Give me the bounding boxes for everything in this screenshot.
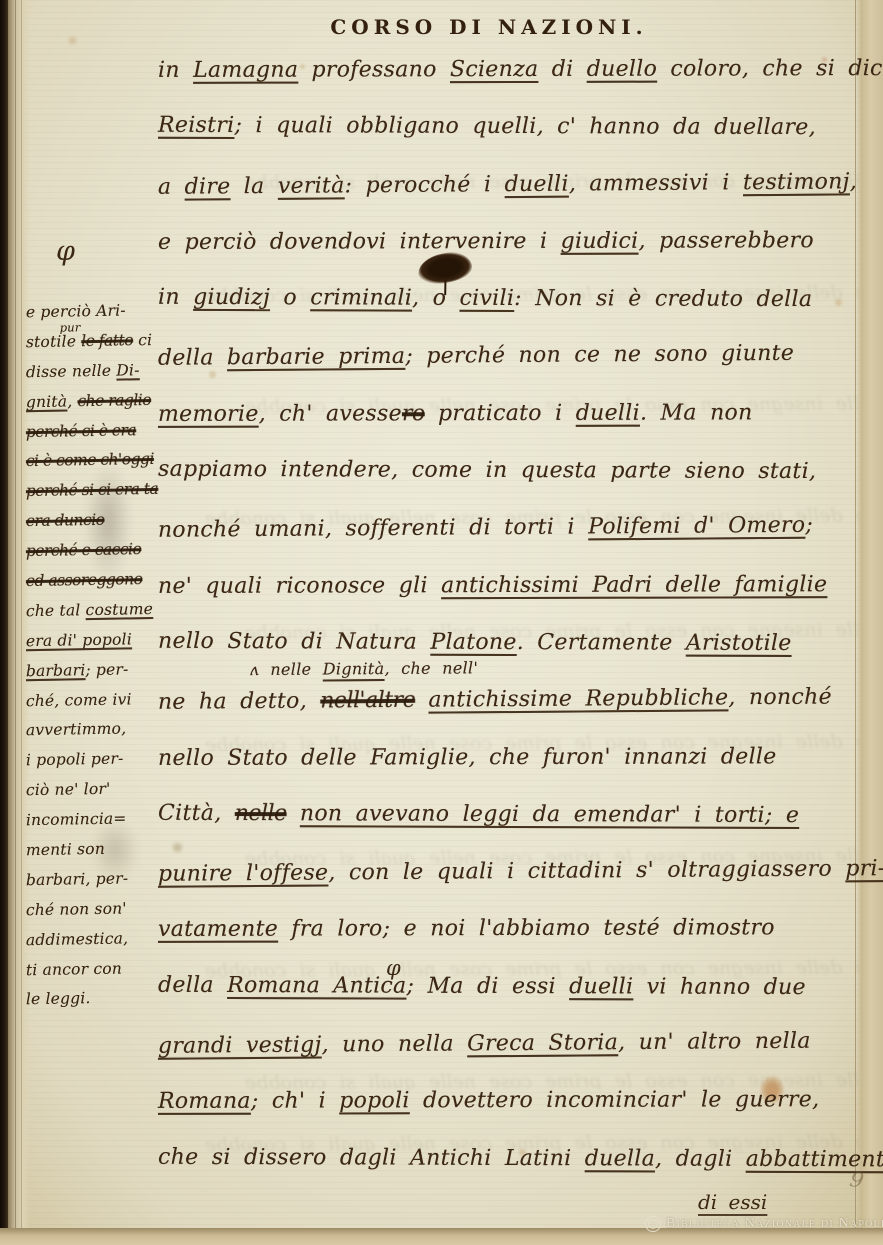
handwritten-text: praticato i <box>425 401 576 426</box>
handwritten-text: , ammessivi i <box>569 170 743 196</box>
margin-note-line: perché ci è era <box>26 421 165 453</box>
phi-reference-mark: φ <box>56 236 75 267</box>
underlined-text: duelli <box>505 171 569 197</box>
underlined-text: duelli <box>576 400 640 425</box>
handwritten-text: le leggi. <box>26 990 91 1009</box>
manuscript-line: Città, nelle non avevano leggi da emenda… <box>158 800 874 860</box>
manuscript-line: Reistri; i quali obbligano quelli, c' ha… <box>158 112 874 172</box>
handwritten-text: o <box>270 285 310 310</box>
manuscript-line: nonché umani, sofferenti di torti i Poli… <box>158 512 874 575</box>
handwritten-text: ; <box>805 513 813 538</box>
underlined-text: Aristotile <box>686 631 792 656</box>
margin-note-line: che tal costume <box>26 601 165 633</box>
handwritten-text: , nonché <box>728 685 832 711</box>
underlined-text: antichissimi Padri delle famiglie <box>441 572 827 598</box>
underlined-text: giudici <box>561 229 639 254</box>
struck-text: perché ci è era <box>26 421 137 441</box>
margin-note-line: era duncio <box>26 511 165 543</box>
underlined-text: punire l'offese <box>158 861 329 887</box>
margin-note-line: addimestica, <box>26 930 165 962</box>
manuscript-line: sappiamo intendere, come in questa parte… <box>158 456 874 516</box>
manuscript-line: in giudizj o criminali, o civili: Non si… <box>158 284 874 344</box>
underlined-text: Lamagna <box>193 58 298 83</box>
manuscript-line: nello Stato delle Famiglie, che furon' i… <box>158 743 874 802</box>
manuscript-line: della Romana Antica; Ma di essi duelli v… <box>158 972 874 1032</box>
margin-note-line: ed assoreggono <box>26 571 165 603</box>
underlined-text: antichissime Repubbliche <box>428 686 728 713</box>
handwritten-text: della <box>158 973 227 998</box>
manuscript-line: ne' quali riconosce gli antichissimi Pad… <box>158 571 874 630</box>
interline-insertion: ʌ nelle Dignità, che nell' <box>250 661 479 679</box>
underlined-text: Reistri <box>158 113 234 138</box>
handwritten-text: . Ma non <box>640 400 753 425</box>
handwritten-text: in <box>158 58 193 83</box>
handwritten-text: disse nelle <box>26 361 117 381</box>
handwritten-text: ne' quali riconosce gli <box>158 573 441 599</box>
underlined-text: Romana Antica <box>227 973 406 999</box>
library-watermark: Biblioteca Nazionale di Napoli <box>645 1216 883 1232</box>
handwritten-text <box>287 801 300 826</box>
handwritten-text: professano <box>298 57 450 82</box>
handwritten-text: che si dissero dagli Antichi Latini <box>158 1144 585 1170</box>
manuscript-body: in Lamagna professano Scienza di duello … <box>158 56 874 1202</box>
margin-note-line: era di' popoli <box>26 631 165 663</box>
underlined-text: duelli <box>569 974 633 999</box>
struck-text: perché e caccio <box>26 540 142 560</box>
struck-text: nell'altre <box>320 688 415 714</box>
manuscript-line: della barbarie prima; perché non ce ne s… <box>158 340 874 403</box>
handwritten-text: ; per- <box>85 660 128 679</box>
underlined-text: Scienza <box>450 57 539 82</box>
handwritten-text: ché non son' <box>26 899 127 919</box>
watermark-label: Biblioteca Nazionale di Napoli <box>666 1216 883 1232</box>
handwritten-text: nonché umani, sofferenti di torti i <box>158 515 588 543</box>
handwritten-text: in <box>158 285 193 310</box>
handwritten-text: ché, come ivi <box>26 690 132 710</box>
underlined-text: costume <box>85 600 153 619</box>
handwritten-text: , uno nella <box>322 1031 468 1057</box>
underlined-text: Platone <box>430 630 516 655</box>
handwritten-text: ciò ne' lor' <box>26 780 111 799</box>
underlined-text: popoli <box>339 1089 410 1114</box>
margin-note-line: menti son <box>26 840 165 872</box>
underlined-text: Polifemi d' Omero <box>588 513 805 540</box>
struck-text: che raglio <box>77 391 151 410</box>
binding-edge <box>0 0 8 1245</box>
margin-note-line: le leggi. <box>26 989 165 1021</box>
underlined-text: gnità <box>26 392 68 411</box>
underlined-text: vatamente <box>158 917 278 942</box>
underlined-text: criminali <box>310 285 412 310</box>
handwritten-text: dovettero incominciar' le guerre, <box>410 1088 820 1114</box>
handwritten-text: che tal <box>26 601 86 620</box>
handwritten-text: sappiamo intendere, come in questa parte… <box>158 457 816 484</box>
underlined-text: duello <box>587 57 657 82</box>
handwritten-text: i popoli per- <box>26 750 124 770</box>
handwritten-text: addimestica, <box>26 929 129 949</box>
handwritten-text: pur <box>60 320 81 334</box>
handwritten-text: nello Stato delle Famiglie, che furon' i… <box>158 744 777 771</box>
margin-note-line: disse nelle Di- <box>26 362 165 394</box>
underlined-text: duella <box>585 1146 655 1171</box>
library-seal-icon <box>645 1216 661 1232</box>
margin-note-line: stotile le fatto cipur <box>26 332 165 364</box>
handwritten-text: nelle <box>270 660 323 679</box>
margin-note-line: avvertimmo, <box>26 720 165 752</box>
margin-note-line: gnità, che raglio <box>26 391 165 423</box>
handwritten-text: e perciò dovendovi intervenire i <box>158 229 561 255</box>
margin-note-line: perché si ci era ta <box>26 481 165 513</box>
handwritten-text: , o <box>412 286 460 311</box>
struck-text: le fatto <box>81 331 133 350</box>
manuscript-page: im como delle insegne con esso le prime … <box>0 0 883 1245</box>
handwritten-text: stotile <box>26 332 82 351</box>
handwritten-text: , un' altro nella <box>618 1029 811 1056</box>
underlined-text: pri- <box>845 856 883 881</box>
underlined-text: Di- <box>116 361 140 379</box>
handwritten-text: Città, <box>158 801 235 826</box>
handwritten-text: menti son <box>26 840 105 859</box>
struck-text: ed assoreggono <box>26 570 143 590</box>
handwritten-text: barbari, per- <box>26 869 129 889</box>
handwritten-text: ; Ma di essi <box>406 973 569 999</box>
handwritten-text: . Certamente <box>517 630 686 656</box>
margin-note-line: e perciò Ari- <box>26 302 165 334</box>
struck-text: perché si ci era ta <box>26 480 159 500</box>
manuscript-line: in Lamagna professano Scienza di duello … <box>158 55 874 114</box>
handwritten-text: nello Stato di Natura <box>158 629 430 655</box>
underlined-text: non avevano leggi da emendar' i torti; e <box>300 801 799 828</box>
handwritten-text: ne ha detto, <box>158 689 321 715</box>
handwritten-text: fra loro; e noi l'abbiamo testé dimostro <box>278 916 775 942</box>
margin-note-line: barbari, per- <box>26 870 165 902</box>
margin-note-line: i popoli per- <box>26 750 165 782</box>
handwritten-text: ; i quali obbligano quelli, c' hanno da … <box>234 113 816 140</box>
margin-note-line: ti ancor con <box>26 959 165 991</box>
handwritten-text: , <box>67 392 78 410</box>
handwritten-text: : Non si è creduto della <box>514 286 812 312</box>
manuscript-line: e perciò dovendovi intervenire i giudici… <box>158 227 874 286</box>
underlined-text: memorie <box>158 401 259 426</box>
underlined-text: barbarie prima <box>227 344 405 370</box>
margin-note-line: incomincia= <box>26 810 165 842</box>
manuscript-line: Romana; ch' i popoli dovettero incominci… <box>158 1086 874 1145</box>
handwritten-text: , con le quali i cittadini s' oltraggias… <box>328 857 845 886</box>
underlined-text: Romana <box>158 1089 251 1114</box>
margin-note-line: perché e caccio <box>26 541 165 573</box>
margin-annotations: e perciò Ari-stotile le fatto cipurdisse… <box>26 303 164 1020</box>
catchword: di essi <box>698 1190 767 1214</box>
struck-text: nelle <box>235 801 287 826</box>
handwritten-text: , dagli <box>655 1146 746 1171</box>
handwritten-text: vi hanno due <box>633 974 806 1000</box>
manuscript-line: ne ha detto, nell'altre antichissime Rep… <box>158 683 874 746</box>
handwritten-text: incomincia= <box>26 810 127 830</box>
struck-text: ci è come ch'oggi <box>26 450 154 470</box>
manuscript-line: grandi vestigj, uno nella Greca Storia, … <box>158 1027 874 1090</box>
struck-text: ro <box>402 401 425 426</box>
margin-note-line: barbari; per- <box>26 660 165 692</box>
margin-note-line: ché non son' <box>26 900 165 932</box>
handwritten-text: di <box>538 57 586 82</box>
handwritten-text: ci <box>133 331 152 349</box>
underlined-text: dire <box>185 174 231 199</box>
underlined-text: Dignità <box>323 659 385 678</box>
handwritten-text: , che nell' <box>384 659 478 679</box>
manuscript-line: vatamente fra loro; e noi l'abbiamo test… <box>158 915 874 974</box>
handwritten-text: , passerebbero <box>638 228 814 253</box>
margin-note-line: ci è come ch'oggi <box>26 451 165 483</box>
handwritten-text: ti ancor con <box>26 959 122 979</box>
page-title: CORSO DI NAZIONI. <box>0 15 883 39</box>
underlined-text: era di' popoli <box>26 630 132 650</box>
struck-text: era duncio <box>26 511 105 530</box>
handwritten-text: : perocché i <box>344 172 504 198</box>
handwritten-text: , <box>850 169 857 194</box>
underlined-text: barbari <box>26 661 86 680</box>
handwritten-text: ʌ <box>250 660 271 679</box>
handwritten-text: della <box>158 346 227 372</box>
handwritten-text: ; perché non ce ne sono giunte <box>405 341 794 369</box>
manuscript-line: memorie, ch' avessero praticato i duelli… <box>158 399 874 458</box>
handwritten-text: a <box>158 174 185 199</box>
interline-insertion: pur <box>60 322 81 333</box>
handwritten-text: la <box>230 173 278 198</box>
underlined-text: Greca Storia <box>467 1030 618 1056</box>
handwritten-text: coloro, che si dicon <box>657 56 883 82</box>
underlined-text: civili <box>459 286 514 311</box>
handwritten-text <box>415 688 428 713</box>
margin-note-line: ciò ne' lor' <box>26 780 165 812</box>
underlined-text: grandi vestigj <box>158 1033 322 1059</box>
underlined-text: verità <box>278 173 345 199</box>
handwritten-text: ; ch' i <box>251 1089 339 1114</box>
handwritten-text: e perciò Ari- <box>26 301 126 321</box>
margin-note-line: ché, come ivi <box>26 690 165 722</box>
underlined-text: testimonj <box>743 169 850 195</box>
handwritten-text: , ch' avesse <box>259 401 402 426</box>
handwritten-text: avvertimmo, <box>26 720 127 740</box>
underlined-text: giudizj <box>193 285 270 310</box>
manuscript-line: a dire la verità: perocché i duelli, amm… <box>158 168 874 231</box>
manuscript-line: punire l'offese, con le quali i cittadin… <box>158 855 874 918</box>
